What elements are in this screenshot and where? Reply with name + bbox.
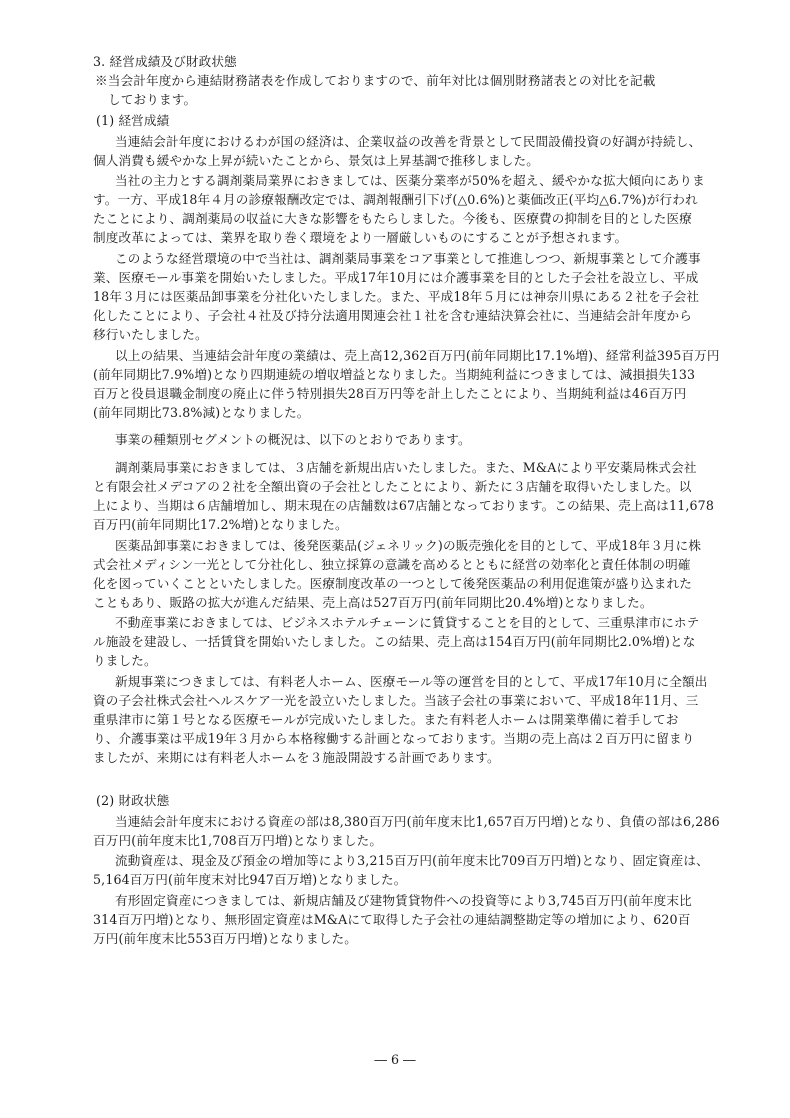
paragraph-line: 百万円(前年同期比17.2%増)となりました。 — [93, 516, 348, 534]
paragraph-line: (前年同期比7.9%増)となり四期連続の増収増益となりました。当期純利益につきま… — [93, 366, 695, 384]
paragraph-line: 移行いたしました。 — [93, 326, 208, 344]
paragraph-line: 調剤薬局事業におきましては、３店舗を新規出店いたしました。また、M&Aにより平安… — [115, 459, 697, 477]
paragraph-line: (前年同期比73.8%減)となりました。 — [93, 404, 310, 422]
paragraph-line: ル施設を建設し、一括賃貸を開始いたしました。この結果、売上高は154百万円(前年… — [93, 633, 695, 651]
paragraph-line: 5,164百万円(前年度末対比947百万増)となりました。 — [93, 871, 407, 889]
paragraph-line: このような経営環境の中で当社は、調剤薬局事業をコア事業として推進しつつ、新規事業… — [115, 250, 701, 268]
paragraph-line: 式会社メディシン一光として分社化し、独立採算の意識を高めるとともに経営の効率化と… — [93, 556, 691, 574]
paragraph-line: 事業の種類別セグメントの概況は、以下のとおりであります。 — [115, 431, 471, 449]
paragraph-line: と有限会社メデコアの２社を全額出資の子会社としたことにより、新たに３店舗を取得い… — [93, 478, 691, 496]
paragraph-line: 以上の結果、当連結会計年度の業績は、売上高12,362百万円(前年同期比17.1… — [115, 347, 720, 365]
paragraph-line: 百万円(前年度末比1,708百万円増)となりました。 — [93, 832, 382, 850]
paragraph-line: り、介護事業は平成19年３月から本格稼働する計画となっております。当期の売上高は… — [93, 730, 695, 748]
paragraph-line: 314百万円増)となり、無形固定資産はM&Aにて取得した子会社の連結調整勘定等の… — [93, 911, 690, 929]
paragraph-line: 当連結会計年度におけるわが国の経済は、企業収益の改善を背景として民間設備投資の好… — [115, 133, 701, 151]
paragraph-line: ましたが、来期には有料老人ホームを３施設開設する計画であります。 — [93, 749, 500, 767]
note-line: しております。 — [108, 91, 196, 109]
document-page: 3. 経営成績及び財政状態 ※当会計年度から連結財務諸表を作成しておりますので、… — [0, 0, 790, 1118]
paragraph-line: 重県津市に第１号となる医療モールが完成いたしました。また有料老人ホームは開業準備… — [93, 711, 678, 729]
paragraph-line: 不動産事業におきましては、ビジネスホテルチェーンに賃貸することを目的として、三重… — [115, 614, 699, 632]
subsection-heading-financial-position: (2) 財政状態 — [96, 792, 169, 810]
paragraph-line: 流動資産は、現金及び預金の増加等により3,215百万円(前年度末比709百万円増… — [115, 852, 709, 870]
paragraph-line: たことにより、調剤薬局の収益に大きな影響をもたらしました。今後も、医療費の抑制を… — [93, 210, 692, 228]
paragraph-line: 18年３月には医薬品卸事業を分社化いたしました。また、平成18年５月には神奈川県… — [93, 288, 699, 306]
paragraph-line: 百万と役員退職金制度の廃止に伴う特別損失28百万円等を計上したことにより、当期純… — [93, 385, 686, 403]
paragraph-line: 万円(前年度末比553百万円増)となりました。 — [93, 930, 357, 948]
paragraph-line: す。一方、平成18年４月の診療報酬改定では、調剤報酬引下げ(△0.6%)と薬価改… — [93, 191, 698, 209]
paragraph-line: 個人消費も緩やかな上昇が続いたことから、景気は上昇基調で推移しました。 — [93, 152, 539, 170]
paragraph-line: 資の子会社株式会社ヘルスケア一光を設立いたしました。当該子会社の事業において、平… — [93, 692, 699, 710]
paragraph-line: 有形固定資産につきましては、新規店舗及び建物賃貸物件への投資等により3,745百… — [115, 892, 692, 910]
paragraph-line: 上により、当期は６店舗増加し、期末現在の店舗数は67店舗となっております。この結… — [93, 497, 714, 515]
subsection-heading-operating-results: (1) 経営成績 — [96, 112, 169, 130]
paragraph-line: りました。 — [93, 652, 157, 670]
paragraph-line: 制度改革によっては、業界を取り巻く環境をより一層厳しいものにすることが予想されま… — [93, 229, 627, 247]
paragraph-line: こともあり、販路の拡大が進んだ結果、売上高は527百万円(前年同期比20.4%増… — [93, 594, 653, 612]
section-heading: 3. 経営成績及び財政状態 — [93, 53, 237, 71]
paragraph-line: 新規事業につきましては、有料老人ホーム、医療モール等の運営を目的として、平成17… — [115, 673, 708, 691]
page-number: ― 6 ― — [0, 1051, 790, 1069]
paragraph-line: 業、医療モール事業を開始いたしました。平成17年10月には介護事業を目的とした子… — [93, 269, 698, 287]
paragraph-line: 医薬品卸事業におきましては、後発医薬品(ジェネリック)の販売強化を目的として、平… — [115, 537, 701, 555]
paragraph-line: 化したことにより、子会社４社及び持分法適用関連会社１社を含む連結決算会社に、当連… — [93, 307, 692, 325]
paragraph-line: 当社の主力とする調剤薬局業界におきましては、医薬分業率が50%を超え、緩やかな拡… — [115, 172, 705, 190]
note-line: ※当会計年度から連結財務諸表を作成しておりますので、前年対比は個別財務諸表との対… — [95, 72, 655, 90]
paragraph-line: 当連結会計年度末における資産の部は8,380百万円(前年度末比1,657百万円増… — [115, 813, 720, 831]
paragraph-line: 化を図っていくことといたしました。医療制度改革の一つとして後発医薬品の利用促進策… — [93, 575, 692, 593]
